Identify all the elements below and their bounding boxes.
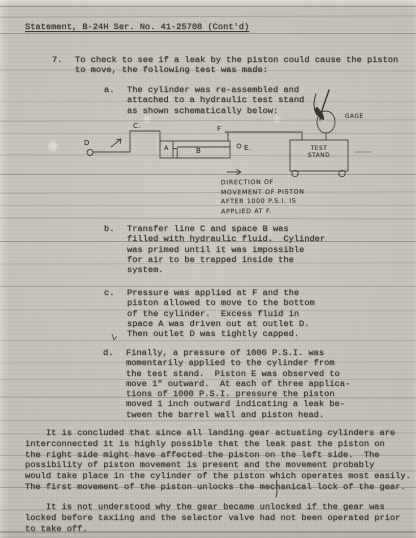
item-d-letter: d. [103,348,113,358]
wheel-left [292,170,298,176]
item-7-number: 7. [52,55,62,65]
scan-streak [0,420,416,421]
scan-streak [0,205,416,206]
gage-needle [314,90,329,120]
scan-streak [0,33,416,34]
outlet-e-port [237,144,241,148]
label-f: F [217,126,221,133]
item-c-letter: c. [104,288,114,298]
document-header: Statement, B-24H Ser. No. 41-25708 (Cont… [25,22,249,32]
item-c-text: Pressure was applied at F and the piston… [127,288,315,339]
cylinder-barrel [160,141,230,158]
gage-dial [317,111,335,133]
needle-stroke [320,90,329,120]
conclusion-paragraph: It is concluded that since all landing g… [25,428,411,493]
wheel-right [339,170,345,176]
scan-streak [0,340,416,341]
item-b-text: Transfer line C and space B was filled w… [127,224,325,275]
piston-a [173,142,177,158]
pen-check-mark [112,334,117,340]
scan-streak [0,191,416,193]
label-e: E. [244,145,251,152]
scan-streak [0,133,416,134]
item-d-text: Finally, a pressure of 1000 P.S.I. was m… [126,348,350,420]
outlet-d-port [87,150,93,156]
label-c: C. [133,123,141,130]
scan-streak [0,217,416,219]
closing-paragraph: It is not understood why the gear became… [25,502,400,535]
label-b: B [196,148,201,155]
direction-arrow [227,169,241,174]
diagram-caption: DIRECTION OF MOVEMENT OF PISTON AFTER 10… [221,178,305,218]
item-a-letter: a. [104,85,114,95]
label-gage: GAGE [345,114,364,121]
scanned-document-page: Statement, B-24H Ser. No. 41-25708 (Cont… [0,0,416,538]
scan-streak [0,154,416,156]
pressure-line-f [225,132,302,141]
scan-streak [0,15,416,17]
item-7-text: To check to see if a leak by the piston … [75,55,398,76]
needle-stroke-2 [314,94,317,115]
needle-blob [315,107,324,120]
item-b-letter: b. [104,224,114,234]
item-a-text: The cylinder was re-assembled and attach… [127,85,304,116]
scan-streak [0,286,416,287]
label-a: A [164,145,169,152]
transfer-line-c [93,131,160,152]
scan-streak [0,174,416,175]
label-d: D [84,140,90,147]
schematic-lines [87,111,371,177]
flow-arrow [111,139,121,147]
scan-streak [0,6,416,7]
label-test-stand: TEST STAND [296,146,342,159]
